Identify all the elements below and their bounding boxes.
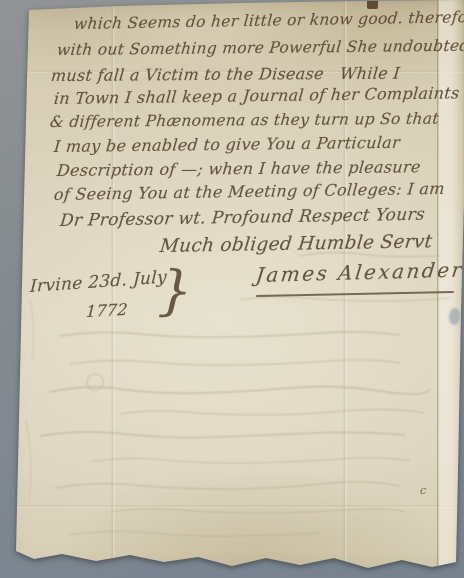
signature: James Alexander: [255, 258, 464, 288]
dateline-year: 1772: [85, 300, 128, 321]
dateline-brace: }: [157, 263, 193, 318]
letter-line: which Seems do her little or know good. …: [73, 8, 464, 33]
letter-line: I may be enabled to give You a Particula…: [53, 133, 401, 156]
letter-line: & different Phænomena as they turn up So…: [49, 110, 440, 131]
letter-line: with out Something more Powerful She und…: [56, 37, 464, 59]
wax-residue-mark: [367, 0, 378, 9]
horizontal-fold-crease-lower: [16, 505, 464, 508]
letter-scan-photo: which Seems do her little or know good. …: [0, 0, 464, 578]
stray-ink-mark: c: [420, 484, 426, 497]
letter-closing-line: Much obliged Humble Servt: [159, 231, 434, 257]
letter-line: must fall a Victim to the Disease While …: [50, 64, 401, 85]
signature-underline-flourish: [256, 291, 454, 297]
dateline-place-day: Irvine 23d. July: [29, 267, 167, 297]
letter-line: Description of —; when I have the pleasu…: [56, 157, 422, 180]
paper-shadow-wrap: which Seems do her little or know good. …: [0, 0, 464, 578]
letter-paper-sheet: which Seems do her little or know good. …: [0, 0, 464, 578]
